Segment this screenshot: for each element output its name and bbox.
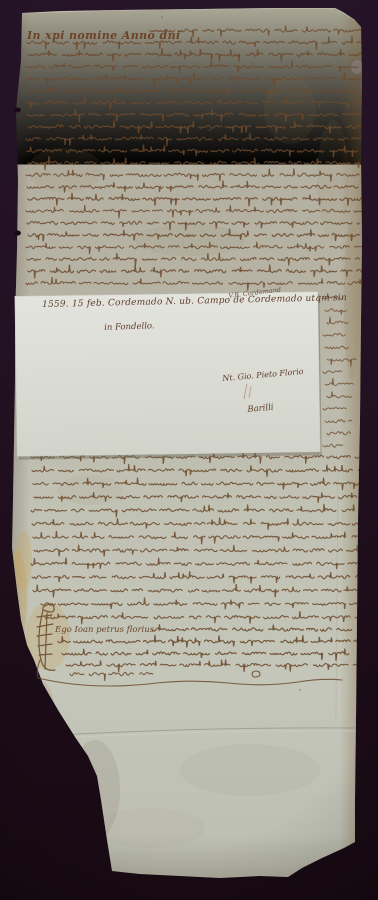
- opening-words: In xpi nomine Anno dni: [26, 29, 181, 42]
- paper-slip: [15, 292, 322, 460]
- notary-subscription: Ego Ioan petrus florius: [54, 625, 155, 635]
- parchment-photo: In xpi nomine Anno dni Ego Ioan petrus f…: [0, 0, 378, 900]
- photo-backdrop: In xpi nomine Anno dni Ego Ioan petrus f…: [0, 0, 378, 900]
